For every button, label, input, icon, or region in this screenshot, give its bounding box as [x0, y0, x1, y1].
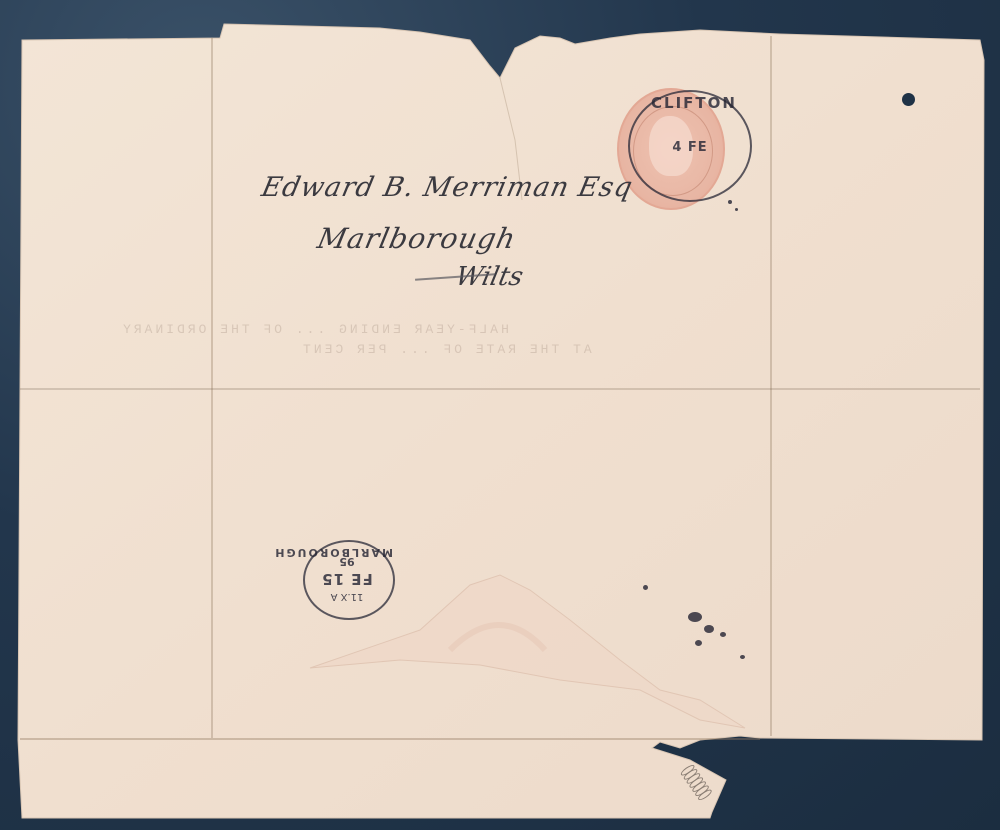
letter-sheet: [0, 0, 1000, 830]
postmark-date: FE 15: [301, 570, 393, 588]
ink-blot: [695, 640, 702, 646]
faint-printed-text: HALF-YEAR ENDING ... OF THE ORDINARY: [120, 322, 509, 337]
postmark-time: 11.X A: [301, 591, 393, 602]
postmark-town: CLIFTON: [644, 94, 744, 112]
ink-blot: [735, 208, 738, 211]
address-town: Marlborough: [314, 222, 519, 255]
fold-line: [770, 36, 772, 736]
fold-line: [20, 738, 760, 740]
postmark-date: 4 FE: [640, 140, 740, 155]
ink-blot: [720, 632, 726, 637]
ink-blot: [643, 585, 648, 590]
postmark-town: MARLBOROUGH: [301, 546, 393, 559]
ink-blot: [688, 612, 702, 622]
ink-blot: [728, 200, 732, 204]
marlborough-postmark: 11.X A FE 15 95 MARLBOROUGH: [303, 540, 395, 620]
addressee-name: Edward B. Merriman Esq: [259, 172, 636, 203]
faint-printed-text: AT THE RATE OF ... PER CENT: [300, 342, 592, 357]
fold-line: [20, 388, 980, 390]
punch-hole: [902, 93, 915, 106]
ink-blot: [740, 655, 745, 659]
letter-sheet-scene: HALF-YEAR ENDING ... OF THE ORDINARY AT …: [0, 0, 1000, 830]
clifton-postmark: CLIFTON 4 FE: [628, 90, 752, 202]
ink-blot: [704, 625, 714, 633]
